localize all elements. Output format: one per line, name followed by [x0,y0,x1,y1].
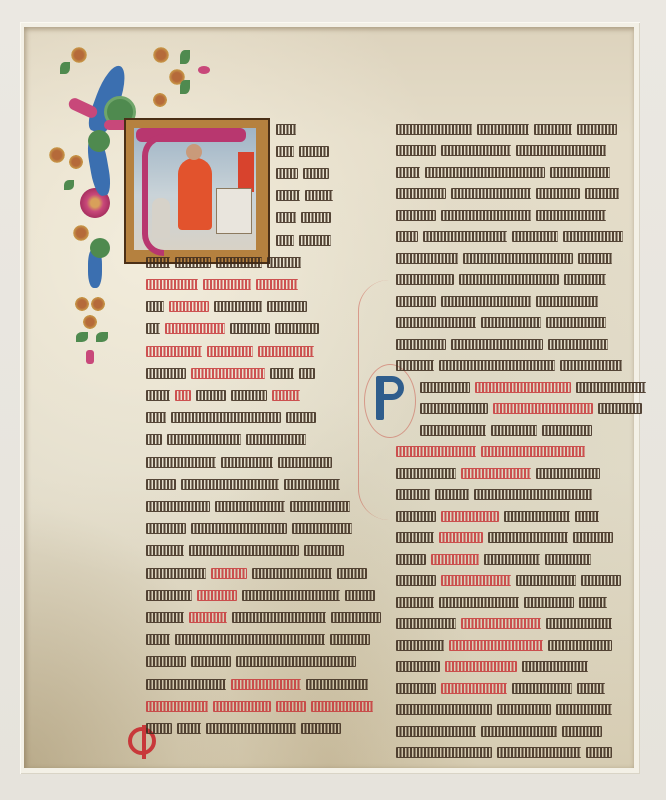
script-word [396,597,434,608]
script-word [431,554,479,565]
script-word [278,457,332,468]
script-word [396,661,440,672]
script-word [330,634,370,645]
script-word [536,210,606,221]
text-line [146,701,373,711]
text-line [146,368,315,378]
script-word [299,146,329,157]
script-word [311,701,373,712]
script-word [481,726,557,737]
altar [216,188,252,234]
priest-head [186,144,202,160]
sunburst-icon [68,154,84,170]
altar-hanging [238,152,254,192]
script-word [546,317,606,328]
text-line [396,597,607,607]
script-word [213,701,271,712]
script-word [146,257,170,268]
script-word [556,704,612,715]
sunburst-icon [82,314,98,330]
script-word [276,212,296,223]
script-word [420,403,488,414]
script-word [146,568,206,579]
script-word [258,346,314,357]
script-word [191,523,287,534]
script-word [536,296,598,307]
text-line [396,210,606,220]
script-word [171,412,281,423]
script-word [290,501,350,512]
script-word [146,656,186,667]
sunburst-icon [74,296,90,312]
script-word [522,661,588,672]
script-word [216,257,262,268]
script-word [301,212,331,223]
script-word [146,612,184,623]
text-line [396,339,608,349]
script-word [146,523,186,534]
text-line [420,404,642,414]
script-word [548,339,608,350]
mat-frame [0,0,666,800]
script-word [267,301,307,312]
script-word [578,253,612,264]
text-line [146,279,298,289]
script-word [396,274,454,285]
text-line [146,568,367,578]
script-word [304,545,344,556]
sunburst-icon [70,46,88,64]
text-line [146,413,316,423]
script-word [299,368,315,379]
text-line [146,257,301,267]
script-word [292,523,352,534]
sunburst-icon [152,46,170,64]
text-line [396,447,585,457]
script-word [276,124,296,135]
script-word [512,231,558,242]
priest-figure [178,158,212,230]
bud-icon [198,66,210,74]
acanthus-green [90,238,110,258]
text-line [396,361,622,371]
script-word [146,346,202,357]
script-word [236,656,356,667]
text-line [146,612,381,622]
script-word [267,257,301,268]
script-word [396,532,434,543]
script-word [146,434,162,445]
leaf-icon [96,332,108,342]
script-word [211,568,247,579]
sunburst-icon [48,146,66,164]
script-word [524,597,574,608]
text-line [396,533,613,543]
script-word [396,317,476,328]
script-word [491,425,537,436]
script-word [546,618,612,629]
script-word [331,612,381,623]
script-word [420,425,486,436]
text-line [396,683,605,693]
text-line [276,168,329,178]
text-line [396,705,612,715]
leaf-icon [64,180,74,190]
script-word [396,360,434,371]
script-word [177,723,201,734]
script-word [146,368,186,379]
text-line [276,146,329,156]
script-word [545,554,591,565]
text-line [276,235,331,245]
script-word [175,634,325,645]
script-word [435,489,469,500]
text-line [396,232,623,242]
text-line [146,479,340,489]
script-word [146,679,226,690]
script-word [396,747,492,758]
text-line [276,124,296,134]
script-word [560,360,622,371]
text-line [396,124,617,134]
script-word [396,554,426,565]
script-word [196,390,226,401]
script-word [579,597,607,608]
script-word [396,124,472,135]
script-word [396,618,456,629]
script-word [286,412,316,423]
text-line [396,189,619,199]
leaf-icon [76,332,88,342]
script-word [563,231,623,242]
text-line [396,726,602,736]
text-line [396,576,621,586]
script-word [562,726,602,737]
script-word [396,296,436,307]
initial-p-bowl [378,376,404,400]
text-line [146,324,319,334]
script-word [575,511,599,522]
text-line [146,302,307,312]
blue-initial [370,376,410,422]
script-word [512,683,572,694]
script-word [396,726,476,737]
script-word [272,390,300,401]
script-word [146,701,208,712]
script-word [481,317,541,328]
script-word [396,640,444,651]
historiated-initial [124,118,270,264]
script-word [276,235,294,246]
script-word [536,188,580,199]
script-word [270,368,294,379]
script-word [396,683,436,694]
leaf-icon [180,50,190,64]
text-line [146,524,352,534]
script-word [461,618,541,629]
text-line [146,590,375,600]
script-word [449,640,543,651]
text-line [420,382,646,392]
script-word [439,597,519,608]
script-word [439,532,483,543]
script-word [536,468,600,479]
sunburst-icon [72,224,90,242]
script-word [461,468,531,479]
script-word [396,511,436,522]
script-word [197,590,237,601]
script-word [203,279,251,290]
text-line [146,346,314,356]
script-word [576,382,646,393]
script-word [345,590,375,601]
text-line [276,213,331,223]
script-word [516,575,576,586]
script-word [441,683,507,694]
script-word [474,489,592,500]
script-word [497,704,551,715]
script-word [504,511,570,522]
text-line [396,662,588,672]
text-line [146,635,370,645]
script-word [146,390,170,401]
text-line [146,457,332,467]
script-word [191,656,231,667]
script-word [146,479,176,490]
script-word [396,339,446,350]
bud-icon [86,350,94,364]
script-word [396,231,418,242]
script-word [488,532,568,543]
script-word [231,390,267,401]
script-word [189,612,227,623]
script-word [484,554,540,565]
script-word [534,124,572,135]
script-word [548,640,612,651]
script-word [146,590,192,601]
text-line [396,318,606,328]
text-line [396,296,598,306]
script-word [396,253,458,264]
text-line [146,657,356,667]
script-word [146,723,172,734]
text-line [396,490,592,500]
script-word [221,457,273,468]
script-word [477,124,529,135]
script-word [215,501,285,512]
text-line [396,619,612,629]
script-word [146,301,164,312]
script-word [256,279,298,290]
script-word [586,747,612,758]
script-word [214,301,262,312]
script-word [396,575,436,586]
script-word [206,723,296,734]
script-word [252,568,332,579]
script-word [516,145,606,156]
script-word [337,568,367,579]
text-line [396,146,606,156]
script-word [423,231,507,242]
leaf-icon [60,62,70,74]
script-word [146,457,216,468]
text-line [396,167,610,177]
script-word [146,501,210,512]
script-word [175,390,191,401]
script-word [441,296,531,307]
text-line [146,723,341,733]
script-word [475,382,571,393]
script-word [396,446,476,457]
text-line [146,501,350,511]
script-word [146,634,170,645]
script-word [441,511,499,522]
sunburst-icon [90,296,106,312]
script-word [305,190,333,201]
script-word [564,274,606,285]
script-word [396,489,430,500]
script-word [232,612,326,623]
script-word [439,360,555,371]
script-word [396,167,420,178]
text-line [276,191,333,201]
script-word [481,446,585,457]
text-line [146,546,344,556]
text-line [396,748,612,758]
script-word [577,683,605,694]
script-word [231,679,301,690]
script-word [275,323,319,334]
script-word [396,188,446,199]
text-line [396,554,591,564]
script-word [181,479,279,490]
script-word [306,679,368,690]
script-word [303,168,329,179]
text-line [420,425,592,435]
script-word [441,575,511,586]
script-word [420,382,470,393]
script-word [165,323,225,334]
leaf-icon [180,80,190,94]
text-line [396,468,600,478]
script-word [425,167,545,178]
script-word [276,701,306,712]
script-word [299,235,331,246]
text-line [396,275,606,285]
script-word [441,145,511,156]
initial-letter-stem [142,134,164,256]
text-line [396,511,599,521]
script-word [146,412,166,423]
script-word [146,279,198,290]
script-word [550,167,610,178]
script-word [207,346,253,357]
script-word [246,434,306,445]
text-line [396,640,612,650]
script-word [451,339,543,350]
script-word [497,747,581,758]
script-word [441,210,531,221]
acanthus-green [88,130,110,152]
script-word [577,124,617,135]
text-line [396,253,612,263]
script-word [585,188,619,199]
script-word [396,210,436,221]
script-word [146,545,184,556]
script-word [284,479,340,490]
script-word [175,257,211,268]
text-line [146,679,368,689]
script-word [301,723,341,734]
script-word [451,188,531,199]
script-word [191,368,265,379]
script-word [189,545,299,556]
script-word [493,403,593,414]
script-word [573,532,613,543]
text-line [146,390,300,400]
script-word [581,575,621,586]
script-word [169,301,209,312]
script-word [463,253,573,264]
script-word [396,145,436,156]
sunburst-icon [152,92,168,108]
script-word [276,168,298,179]
script-word [167,434,241,445]
script-word [598,403,642,414]
script-word [276,146,294,157]
text-line [146,435,306,445]
script-word [396,468,456,479]
script-word [459,274,559,285]
script-word [542,425,592,436]
script-word [276,190,300,201]
script-word [230,323,270,334]
script-word [396,704,492,715]
script-word [242,590,340,601]
script-word [445,661,517,672]
script-word [146,323,160,334]
